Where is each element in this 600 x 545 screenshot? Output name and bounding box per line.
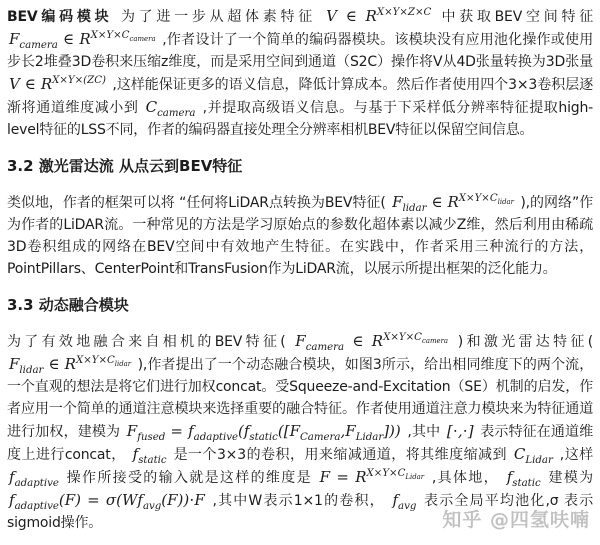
math-inline: fstatic [131, 445, 169, 463]
math-inline: Ffused = fadaptive(fstatic([FCamera,FLid… [125, 422, 403, 440]
section-heading: 3.2 激光雷达流 从点云到BEV特征 [7, 155, 593, 177]
text-run: 中获取BEV空间特征 [433, 9, 593, 25]
paragraph: 为了有效地融合来自相机的BEV特征( Fcamera ∈ RX×Y×Ccamer… [7, 330, 593, 534]
math-inline: V ∈ RX×Y×Z×C [324, 7, 433, 25]
text-run: )和激光雷达特征( [450, 334, 593, 350]
text-run: 为了进一步从超体素特征 [121, 9, 324, 25]
article-body: BEV编码模块 为了进一步从超体素特征 V ∈ RX×Y×Z×C 中获取BEV空… [0, 0, 600, 534]
math-inline: Ccamera [144, 98, 198, 116]
math-inline: V ∈ RX×Y×(ZC) [7, 75, 108, 93]
math-inline: [⋅,⋅] [445, 422, 476, 440]
text-run: ,其中W表示1×1的卷积， [207, 493, 391, 509]
text-run: 操作所接受的输入就是这样的维度是 [61, 470, 318, 486]
text-run: 建模为 [543, 470, 593, 486]
article-page: BEV编码模块 为了进一步从超体素特征 V ∈ RX×Y×Z×C 中获取BEV空… [0, 0, 600, 545]
paragraph: 类似地，作者的框架可以将 “任何将LiDAR点转换为BEV特征( Flidar … [7, 191, 593, 280]
bold-run: BEV编码模块 [7, 9, 121, 25]
math-inline: Flidar ∈ RX×Y×Clidar [7, 355, 133, 373]
math-inline: F = RX×Y×CLidar [318, 468, 426, 486]
text-run: 类似地，作者的框架可以将 “任何将LiDAR点转换为BEV特征( [7, 195, 390, 211]
math-inline: favg [390, 491, 418, 509]
math-inline: CLidar [512, 445, 555, 463]
math-inline: Flidar ∈ RX×Y×Clidar [390, 193, 516, 211]
math-inline: fadaptive [7, 468, 61, 486]
math-inline: fadaptive(F) = σ(Wfavg(F))⋅F [7, 491, 207, 509]
math-inline: fstatic [505, 468, 543, 486]
text-run: ,其中 [403, 424, 445, 440]
text-run: 是一个3×3的卷积，用来缩减通道，将其维度缩减到 [169, 447, 512, 463]
text-run: ,具体地， [426, 470, 505, 486]
math-inline: Fcamera ∈ RX×Y×Ccamera [293, 332, 450, 350]
math-inline: Fcamera ∈ RX×Y×Ccamera [7, 30, 158, 48]
paragraph: BEV编码模块 为了进一步从超体素特征 V ∈ RX×Y×Z×C 中获取BEV空… [7, 5, 593, 141]
text-run: 为了有效地融合来自相机的BEV特征( [7, 334, 293, 350]
section-heading: 3.3 动态融合模块 [7, 294, 593, 316]
text-run: ,这样 [555, 447, 593, 463]
